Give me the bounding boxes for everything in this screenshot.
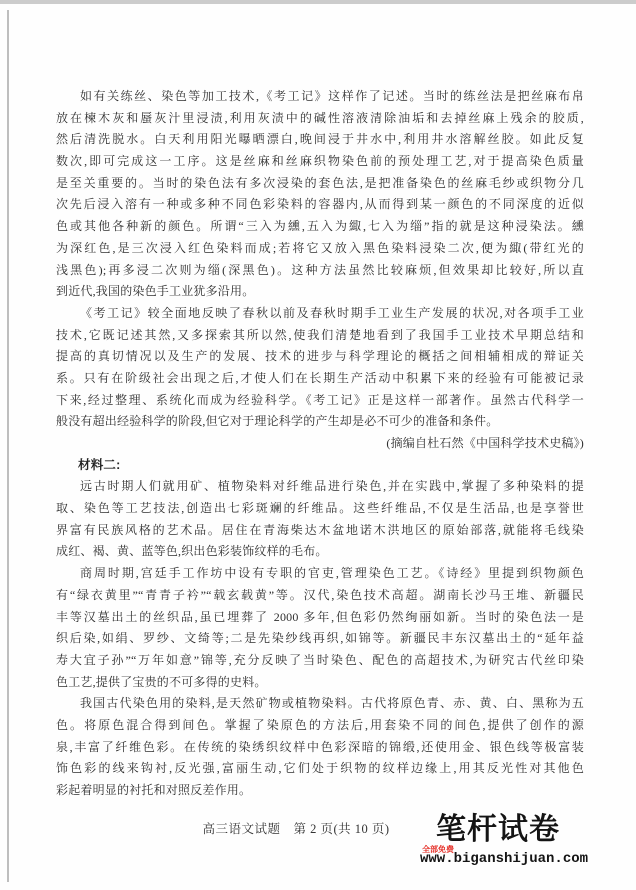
scan-left-edge-line [7, 10, 9, 882]
brand-name: 笔杆试卷 [436, 814, 560, 846]
text-line: 下来,经过整理、系统化而成为经验科学。《考工记》正是这样一部著作。虽然古代科学一 [56, 390, 584, 412]
text-line: 丰等汉墓出土的丝织品,虽已埋葬了 2000 多年,但色彩仍然绚丽如新。当时的染色… [56, 607, 584, 629]
material-2-heading: 材料二: [56, 455, 584, 477]
scan-top-edge [0, 0, 636, 4]
text-line: 界富有民族风格的艺术品。居住在青海柴达木盆地诺木洪地区的原始部落,就能将毛线染 [56, 520, 584, 542]
watermark-logo: 全部免费 笔杆试卷 www.biganshijuan.com [418, 814, 588, 874]
text-line: 我国古代染色用的染料,是天然矿物或植物染料。古代将原色青、赤、黄、白、黑称为五 [56, 693, 584, 715]
text-line: 技术,它既记述其然,又多探索其所以然,使我们清楚地看到了我国手工业技术早期总结和 [56, 325, 584, 347]
paragraph-1: 如有关练丝、染色等加工技术,《考工记》这样作了记述。当时的练丝法是把丝麻布帛 放… [56, 86, 584, 303]
text-line: 然后清洗脱水。白天利用阳光曝晒漂白,晚间浸于井水中,利用井水溶解丝胶。如此反复 [56, 129, 584, 151]
text-line: 《考工记》较全面地反映了春秋以前及春秋时期手工业生产发展的状况,对各项手工业 [56, 303, 584, 325]
text-line: 色。将原色混合得到间色。掌握了染原色的方法后,用套染不同的间色,提供了创作的源 [56, 715, 584, 737]
text-line: 如有关练丝、染色等加工技术,《考工记》这样作了记述。当时的练丝法是把丝麻布帛 [56, 86, 584, 108]
text-line: 商周时期,宫廷手工作坊中设有专职的官吏,管理染色工艺。《诗经》里提到织物颜色 [56, 563, 584, 585]
text-line: 远古时期人们就用矿、植物染料对纤维品进行染色,并在实践中,掌握了多种染料的提 [56, 476, 584, 498]
paragraph-2: 《考工记》较全面地反映了春秋以前及春秋时期手工业生产发展的状况,对各项手工业 技… [56, 303, 584, 433]
text-line: 浅黑色);再多浸二次则为缁(深黑色)。这种方法虽然比较麻烦,但效果却比较好,所以… [56, 260, 584, 282]
text-line: 是至关重要的。当时的染色法有多次浸染的套色法,是把准备染色的丝麻毛纱或织物分几 [56, 173, 584, 195]
text-line: 成红、褐、黄、蓝等色,织出色彩装饰纹样的毛布。 [56, 541, 584, 563]
text-line: 饰色彩的线来钩衬,反光强,富丽生动,它们处于织物的纹样边缘上,用其反光性对其他色 [56, 758, 584, 780]
text-line: 系。只有在阶级社会出现之后,才使人们在长期生产活动中积累下来的经验有可能被记录 [56, 368, 584, 390]
text-line: 彩起着明显的衬托和对照反差作用。 [56, 780, 584, 802]
text-line: 为深红色,是三次浸入红色染料而成;若将它又放入黑色染料浸染二次,便为緅(带红光的 [56, 238, 584, 260]
text-line: 取、染色等工艺技法,创造出七彩斑斓的纤维品。这些纤维品,不仅是生活品,也是享誉世 [56, 498, 584, 520]
exam-paper-page: 如有关练丝、染色等加工技术,《考工记》这样作了记述。当时的练丝法是把丝麻布帛 放… [0, 0, 636, 890]
brand-url: www.biganshijuan.com [420, 850, 588, 868]
paragraph-4: 商周时期,宫廷手工作坊中设有专职的官吏,管理染色工艺。《诗经》里提到织物颜色 有… [56, 563, 584, 693]
text-line: 放在楝木灰和蜃灰汁里浸渍,利用灰渍中的碱性溶液清除油垢和去掉丝麻上残余的胶质, [56, 108, 584, 130]
text-line: 般没有超出经验科学的阶段,但它对于理论科学的产生却是必不可少的准备和条件。 [56, 411, 584, 433]
text-line: 到近代,我国的染色手工业犹多沿用。 [56, 281, 584, 303]
text-line: 织后染,如绢、罗纱、文绮等;二是先染纱线再织,如锦等。新疆民丰东汉墓出土的“延年… [56, 628, 584, 650]
text-line: 寿大宜子孙”“万年如意”锦等,充分反映了当时染色、配色的高超技术,为研究古代丝印… [56, 650, 584, 672]
text-line: 次先后浸入溶有一种或多种不同色彩染料的容器内,从而得到某一颜色的不同深度的近似 [56, 194, 584, 216]
text-line: 有“绿衣黄里”“青青子衿”“载玄载黄”等。汉代,染色技术高超。湖南长沙马王堆、新… [56, 585, 584, 607]
text-line: 色工艺,提供了宝贵的不可多得的史料。 [56, 672, 584, 694]
paragraph-5: 我国古代染色用的染料,是天然矿物或植物染料。古代将原色青、赤、黄、白、黑称为五 … [56, 693, 584, 801]
text-line: 色或其他各种新的颜色。所谓“三入为纁,五入为緅,七入为缁”指的就是这种浸染法。纁 [56, 216, 584, 238]
exam-text-body: 如有关练丝、染色等加工技术,《考工记》这样作了记述。当时的练丝法是把丝麻布帛 放… [56, 86, 584, 802]
text-line: 提高的真切情况以及生产的发展、技术的进步与科学理论的概括之间相辅相成的辩证关 [56, 346, 584, 368]
paragraph-3: 远古时期人们就用矿、植物染料对纤维品进行染色,并在实践中,掌握了多种染料的提 取… [56, 476, 584, 563]
source-attribution: (摘编自杜石然《中国科学技术史稿》) [56, 433, 584, 455]
text-line: 数次,即可完成这一工序。这是丝麻和丝麻织物染色前的预处理工艺,对于提高染色质量 [56, 151, 584, 173]
text-line: 泉,丰富了纤维色彩。在传统的染绣织纹样中色彩深暗的锦缎,还使用金、银色线等极富装 [56, 737, 584, 759]
